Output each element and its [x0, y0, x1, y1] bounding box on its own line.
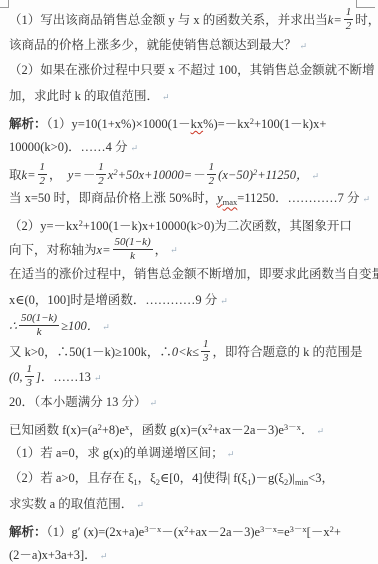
paragraph-mark-icon: ↵: [100, 551, 108, 561]
paragraph-mark-icon: ↵: [312, 171, 320, 181]
text-segment: （2）y=－kx: [9, 219, 79, 233]
text-line: 又 k>0，∴50(1－k)≥100k，∴0<k≤13，即符合题意的 k 的范围…: [9, 339, 372, 365]
text-segment: 向下，对称轴为: [9, 242, 97, 256]
text-segment: +8)e: [102, 423, 125, 437]
text-segment: 20．（本小题满分 13 分）: [9, 395, 147, 409]
text-segment: ，ξ: [138, 471, 156, 485]
text-segment: )－g(ξ: [251, 471, 284, 485]
text-line: 取k=12， y=－12x2+50x+10000=－12(x−50)2+1125…: [9, 160, 372, 186]
text-line: 向下，对称轴为x=50(1−k)k，↵: [9, 237, 372, 263]
fraction: 13: [25, 364, 35, 389]
text-line: （1）写出该商品销售总金额 y 与 x 的函数关系，并求出当k=12时，: [9, 7, 372, 33]
text-segment: +100(1－k)x+: [254, 117, 326, 131]
text-segment: 取: [9, 168, 22, 182]
paragraph-mark-icon: ↵: [363, 194, 371, 204]
text-segment: 当 x=50 时，即商品价格上涨 50%时，: [9, 191, 217, 205]
text-segment: [－x: [307, 525, 330, 539]
text-segment: 求实数 a 的取值范围．: [9, 497, 133, 511]
text-segment: 解析：: [9, 117, 47, 131]
text-segment: k=: [328, 13, 342, 27]
table-border-fragment-top-right: [356, 0, 375, 8]
text-segment: （1）g′ (x)=(2x+a)e: [47, 525, 145, 539]
text-segment: ，: [155, 242, 168, 256]
text-line: 20．（本小题满分 13 分）↵: [9, 390, 372, 416]
text-line: （2）若 a>0，且存在 ξ1，ξ2∈[0，4]使得| f(ξ1)－g(ξ2)|…: [9, 466, 372, 492]
text-segment: 解析：: [9, 525, 47, 539]
text-segment: max: [223, 197, 238, 207]
text-segment: （1）写出该商品销售总金额 y 与 x 的函数关系，并求出当: [9, 13, 328, 27]
text-line: （2）y=－kx2+100(1－k)x+10000(k>0)为二次函数，其图象开…: [9, 211, 372, 237]
fraction: 13: [201, 339, 211, 364]
text-segment: x∈(0，100]时是增函数．…………9 分: [9, 293, 217, 307]
fraction: 12: [344, 7, 354, 32]
text-segment: +: [334, 525, 341, 539]
text-segment: =11250．…………7 分: [237, 191, 359, 205]
paragraph-mark-icon: ↵: [131, 143, 139, 153]
text-segment: 该商品的价格上涨多少，就能使销售总额达到最大？: [9, 38, 297, 52]
text-segment: +ax－2a－3)e: [212, 423, 284, 437]
text-segment: （2）若 a>0，且存在 ξ: [9, 471, 133, 485]
text-line: 10000(k>0)．……4 分↵: [9, 135, 372, 161]
text-segment: ≥100．: [61, 319, 99, 333]
text-segment: （1）若 a=0，求 g(x)的单调递增区间；: [9, 446, 224, 460]
text-segment: ∴: [9, 319, 17, 333]
text-segment: x=: [97, 242, 111, 256]
text-segment: 3－x: [144, 524, 161, 534]
text-segment: y=－: [68, 168, 94, 182]
text-line: 解析：（1）g′ (x)=(2x+a)e3－x－(x2+ax－2a－3)e3－x…: [9, 517, 372, 543]
text-segment: 10000(k>0)．……4 分: [9, 140, 128, 154]
text-segment: 在适当的涨价过程中，销售总金额不断增加，即要求此函数当自变量: [9, 267, 378, 281]
text-line: x∈(0，100]时是增函数．…………9 分↵: [9, 288, 372, 314]
paragraph-mark-icon: ↵: [300, 41, 308, 51]
text-segment: k=: [22, 168, 36, 182]
fraction: 12: [207, 162, 217, 187]
paragraph-mark-icon: ↵: [102, 322, 110, 332]
text-segment: +ax－2a－3)e: [188, 525, 260, 539]
paragraph-mark-icon: ↵: [136, 500, 144, 510]
paragraph-mark-icon: ↵: [150, 398, 158, 408]
text-line: 在适当的涨价过程中，销售总金额不断增加，即要求此函数当自变量: [9, 262, 372, 288]
text-line: (0,13]．……13↵: [9, 364, 372, 390]
text-line: 加，求此时 k 的取值范围．↵: [9, 84, 372, 110]
table-border-fragment-top-left: [0, 0, 9, 8]
text-segment: +11250，: [257, 168, 308, 182]
text-line: 该商品的价格上涨多少，就能使销售总额达到最大？↵: [9, 33, 372, 59]
paragraph-mark-icon: ↵: [94, 373, 102, 383]
text-segment: kx: [191, 117, 204, 131]
text-segment: )|: [288, 471, 295, 485]
text-line: ∴50(1−k)k≥100．↵: [9, 313, 372, 339]
text-segment: ．……13: [41, 370, 91, 384]
text-segment: +100(1－k)x+10000(k>0)为二次函数，其图象开口: [83, 219, 352, 233]
text-segment: %)=－kx: [203, 117, 250, 131]
text-segment: (x−50): [218, 168, 253, 182]
text-line: 已知函数 f(x)=(a2+8)ex，函数 g(x)=(x2+ax－2a－3)e…: [9, 415, 372, 441]
text-segment: ，: [49, 168, 68, 182]
paragraph-mark-icon: ↵: [220, 296, 228, 306]
fraction: 12: [38, 162, 48, 187]
text-segment: ，即符合题意的 k 的范围是: [212, 344, 362, 358]
text-segment: （1）y=10(1+x%)×1000(1－: [47, 117, 191, 131]
text-segment: +50x+10000=－: [118, 168, 205, 182]
text-line: （1）若 a=0，求 g(x)的单调递增区间；↵: [9, 441, 372, 467]
text-segment: ∈[0，4]使得| f(ξ: [160, 471, 247, 485]
fraction: 12: [96, 162, 106, 187]
text-segment: 0<k≤: [172, 344, 199, 358]
text-segment: =e: [277, 525, 290, 539]
paragraph-mark-icon: ↵: [170, 245, 178, 255]
text-line: 当 x=50 时，即商品价格上涨 50%时，ymax=11250．…………7 分…: [9, 186, 372, 212]
text-segment: (0,: [9, 370, 23, 384]
fraction: 50(1−k)k: [19, 313, 59, 338]
text-segment: 又 k>0，∴50(1－k)≥100k，∴: [9, 344, 172, 358]
text-segment: 加，求此时 k 的取值范围．: [9, 89, 159, 103]
paragraph-mark-icon: ↵: [162, 92, 170, 102]
text-segment: 3－x: [260, 524, 277, 534]
text-segment: 已知函数 f(x)=(a: [9, 423, 98, 437]
text-segment: 时，: [355, 13, 378, 27]
text-segment: －(x: [161, 525, 184, 539]
fraction: 50(1−k)k: [113, 237, 153, 262]
text-segment: min: [295, 477, 308, 487]
text-segment: （2）如果在涨价过程中只要 x 不超过 100，其销售总金额就不断增: [9, 63, 375, 77]
text-segment: <3，: [308, 471, 334, 485]
text-segment: 3－x: [284, 422, 301, 432]
text-segment: ，函数 g(x)=(x: [129, 423, 208, 437]
text-segment: (2－a)x+3a+3]．: [9, 548, 97, 562]
text-line: （2）如果在涨价过程中只要 x 不超过 100，其销售总金额就不断增: [9, 58, 372, 84]
text-segment: 3－x: [290, 524, 307, 534]
paragraph-mark-icon: ↵: [316, 426, 324, 436]
text-line: 解析：（1）y=10(1+x%)×1000(1－kx%)=－kx2+100(1－…: [9, 109, 372, 135]
paragraph-mark-icon: ↵: [227, 449, 235, 459]
text-line: 求实数 a 的取值范围．↵: [9, 492, 372, 518]
text-segment: ．: [301, 423, 314, 437]
math-worksheet-page: （1）写出该商品销售总金额 y 与 x 的函数关系，并求出当k=12时，该商品的…: [0, 0, 378, 564]
text-line: (2－a)x+3a+3]．↵: [9, 543, 372, 564]
